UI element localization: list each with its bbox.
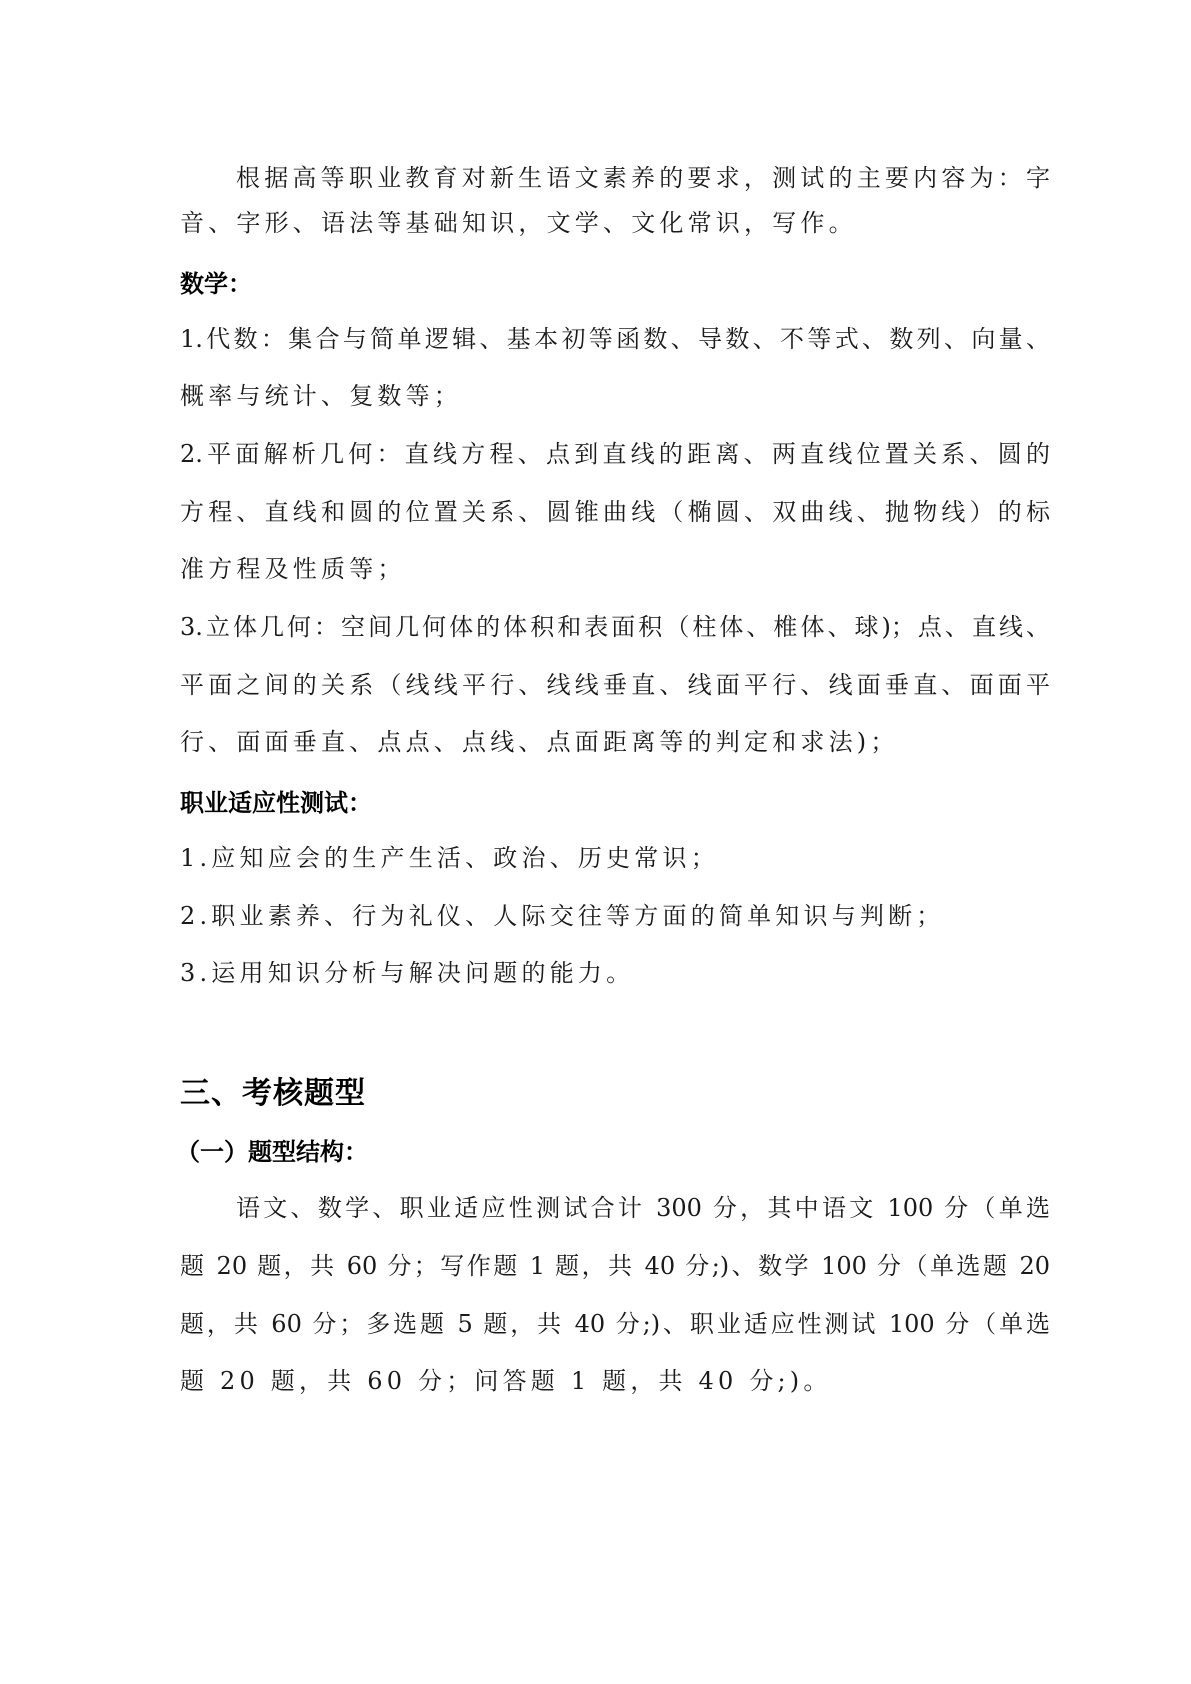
chinese-paragraph-line-1: 根据高等职业教育对新生语文素养的要求，测试的主要内容为：字 bbox=[236, 162, 1050, 194]
structure-paragraph-line-4: 题 20 题，共 60 分；问答题 1 题，共 40 分;)。 bbox=[180, 1365, 1050, 1397]
aptitude-item-1: 1.应知应会的生产生活、政治、历史常识； bbox=[180, 842, 1050, 874]
document-page: 根据高等职业教育对新生语文素养的要求，测试的主要内容为：字 音、字形、语法等基础… bbox=[0, 0, 1191, 1684]
math-heading: 数学： bbox=[180, 268, 252, 300]
aptitude-item-2: 2.职业素养、行为礼仪、人际交往等方面的简单知识与判断； bbox=[180, 900, 1050, 932]
subheading-structure: （一）题型结构： bbox=[176, 1136, 368, 1168]
aptitude-heading: 职业适应性测试： bbox=[180, 787, 372, 819]
math-item1-line-1: 1.代数：集合与简单逻辑、基本初等函数、导数、不等式、数列、向量、 bbox=[180, 323, 1050, 355]
math-item2-line-3: 准方程及性质等； bbox=[180, 553, 1050, 585]
math-item3-line-1: 3.立体几何：空间几何体的体积和表面积（柱体、椎体、球)；点、直线、 bbox=[180, 611, 1050, 643]
math-item2-line-2: 方程、直线和圆的位置关系、圆锥曲线（椭圆、双曲线、抛物线）的标 bbox=[180, 496, 1050, 528]
math-item1-line-2: 概率与统计、复数等； bbox=[180, 380, 1050, 412]
math-item3-line-3: 行、面面垂直、点点、点线、点面距离等的判定和求法)； bbox=[180, 726, 1050, 758]
math-item3-line-2: 平面之间的关系（线线平行、线线垂直、线面平行、线面垂直、面面平 bbox=[180, 669, 1050, 701]
structure-paragraph-line-1: 语文、数学、职业适应性测试合计 300 分，其中语文 100 分（单选 bbox=[236, 1192, 1050, 1224]
aptitude-item-3: 3.运用知识分析与解决问题的能力。 bbox=[180, 957, 1050, 989]
math-item2-line-1: 2.平面解析几何：直线方程、点到直线的距离、两直线位置关系、圆的 bbox=[180, 438, 1050, 470]
chinese-paragraph-line-2: 音、字形、语法等基础知识，文学、文化常识，写作。 bbox=[180, 207, 1050, 239]
section-heading-exam-types: 三、考核题型 bbox=[180, 1074, 366, 1114]
structure-paragraph-line-2: 题 20 题，共 60 分；写作题 1 题，共 40 分;)、数学 100 分（… bbox=[180, 1250, 1050, 1282]
structure-paragraph-line-3: 题，共 60 分；多选题 5 题，共 40 分;)、职业适应性测试 100 分（… bbox=[180, 1308, 1050, 1340]
